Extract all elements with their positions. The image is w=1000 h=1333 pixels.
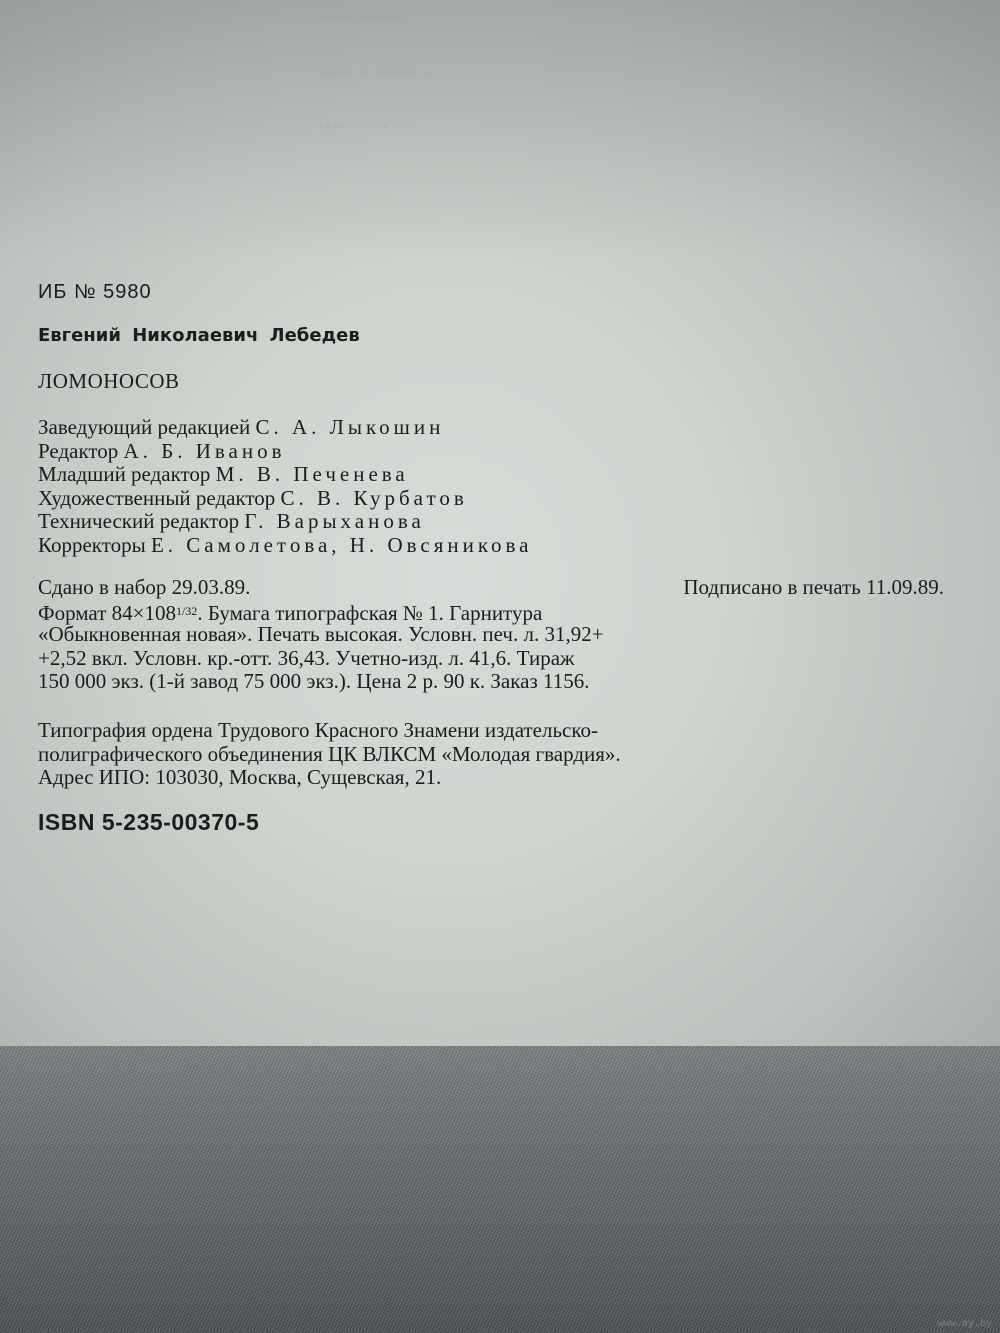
fabric-background: www.ay.by [0, 1046, 1000, 1333]
bleed-through-text: ····· ······ [318, 8, 405, 26]
credit-row: Художественный редактор С. В. Курбатов [38, 487, 532, 511]
bleed-through-text: ····· · ······ · [318, 64, 433, 82]
credit-role: Младший редактор [38, 462, 216, 486]
printer-line: Адрес ИПО: 103030, Москва, Сущевская, 21… [38, 766, 621, 790]
credit-row: Младший редактор М. В. Печенева [38, 463, 532, 487]
credits-block: Заведующий редакцией С. А. Лыкошин Редак… [38, 416, 532, 557]
printer-line: полиграфического объединения ЦК ВЛКСМ «М… [38, 743, 621, 767]
isbn: ISBN 5-235-00370-5 [38, 811, 259, 833]
imprint-block: Сдано в набор 29.03.89. Подписано в печа… [38, 576, 944, 694]
imprint-line: Сдано в набор 29.03.89. Подписано в печа… [38, 576, 944, 600]
imprint-line: 150 000 экз. (1-й завод 75 000 экз.). Це… [38, 670, 944, 694]
format-info: Формат 84×1081/32. Бумага типографская №… [38, 600, 542, 624]
imprint-line: «Обыкновенная новая». Печать высокая. Ус… [38, 623, 944, 647]
credit-name: С. А. Лыкошин [256, 415, 445, 439]
book-title: ЛОМОНОСОВ [38, 370, 180, 392]
typeset-date: Сдано в набор 29.03.89. [38, 576, 250, 600]
credit-row: Технический редактор Г. Варыханова [38, 510, 532, 534]
credit-role: Технический редактор [38, 509, 244, 533]
sheets-info: +2,52 вкл. Условн. кр.-отт. 36,43. Учетн… [38, 647, 575, 671]
bleed-through-text: ······ ··· [318, 118, 390, 136]
book-page: ····· ······ ····· · ······ · ······ ···… [0, 0, 1000, 1046]
credit-row: Редактор А. Б. Иванов [38, 440, 532, 464]
credit-row: Корректоры Е. Самолетова, Н. Овсяникова [38, 534, 532, 558]
print-run-info: 150 000 экз. (1-й завод 75 000 экз.). Це… [38, 670, 589, 694]
credit-name: М. В. Печенева [216, 462, 409, 486]
credit-row: Заведующий редакцией С. А. Лыкошин [38, 416, 532, 440]
credit-name: С. В. Курбатов [281, 486, 468, 510]
credit-name: Е. Самолетова, Н. Овсяникова [151, 533, 533, 557]
credit-name: Г. Варыханова [244, 509, 424, 533]
printer-block: Типография ордена Трудового Красного Зна… [38, 719, 621, 790]
imprint-line: +2,52 вкл. Условн. кр.-отт. 36,43. Учетн… [38, 647, 944, 671]
ib-number: ИБ № 5980 [38, 281, 152, 303]
watermark: www.ay.by [938, 1318, 992, 1329]
imprint-line: Формат 84×1081/32. Бумага типографская №… [38, 600, 944, 624]
print-date: Подписано в печать 11.09.89. [683, 576, 944, 600]
credit-name: А. Б. Иванов [124, 439, 286, 463]
credit-role: Редактор [38, 439, 124, 463]
credit-role: Корректоры [38, 533, 151, 557]
printer-line: Типография ордена Трудового Красного Зна… [38, 719, 621, 743]
credit-role: Заведующий редакцией [38, 415, 256, 439]
author-name: Евгений Николаевич Лебедев [38, 325, 360, 347]
credit-role: Художественный редактор [38, 486, 281, 510]
typeface-info: «Обыкновенная новая». Печать высокая. Ус… [38, 623, 604, 647]
